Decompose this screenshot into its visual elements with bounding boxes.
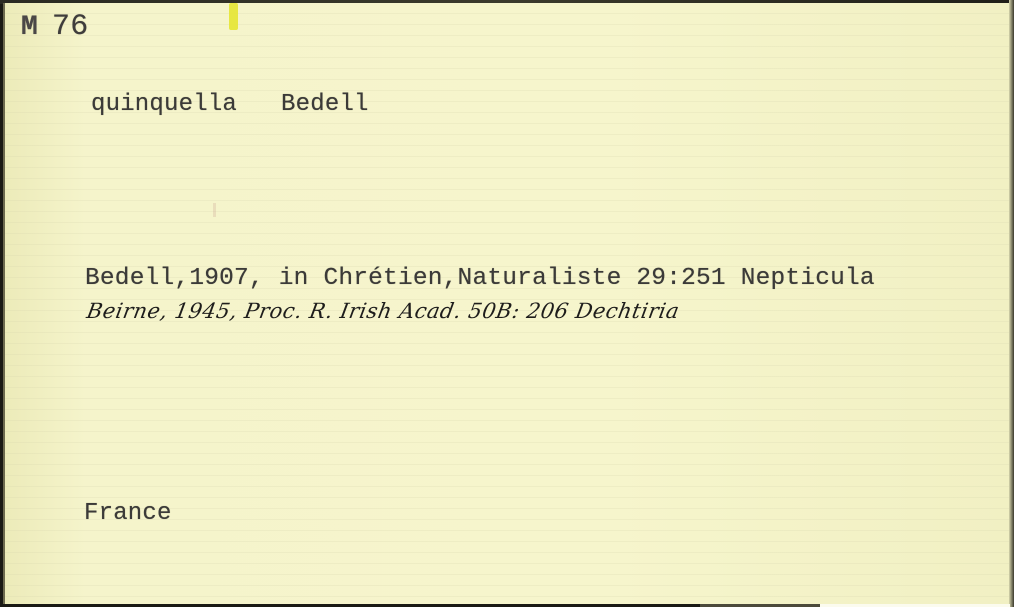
species-name: quinquella [91,91,237,118]
species-heading: quinquellaBedell [91,91,369,118]
typed-reference: Bedell,1907, in Chrétien,Naturaliste 29:… [85,265,875,292]
catalog-letter: M [21,12,38,43]
species-author: Bedell [281,91,369,118]
locality: France [84,500,172,527]
card-right-edge [1009,0,1014,607]
yellow-highlight-mark [229,3,238,30]
catalog-digits: 76 [52,10,88,44]
handwritten-reference: Beirne, 1945, Proc. R. Irish Acad. 50B: … [85,299,681,323]
faint-stain [213,203,216,217]
catalog-number: M76 [21,10,88,44]
index-card: M76 quinquellaBedell Bedell,1907, in Chr… [3,3,1009,604]
